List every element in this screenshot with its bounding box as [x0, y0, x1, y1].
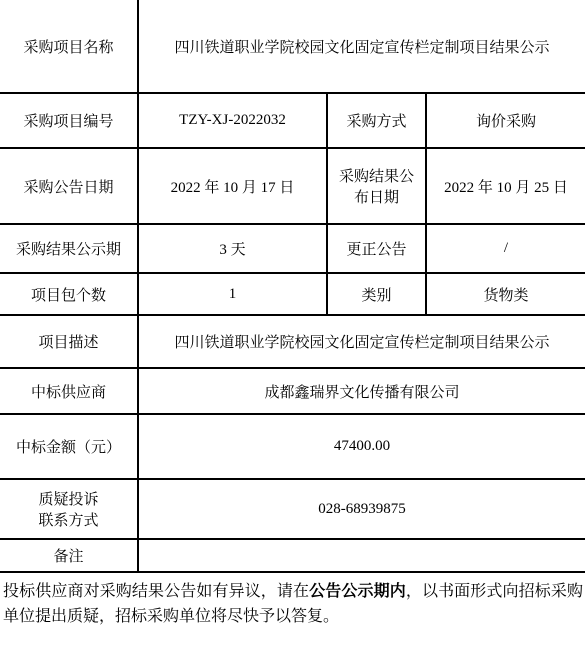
project-number-value: TZY-XJ-2022032 [138, 93, 327, 148]
publicity-period-label: 采购结果公示期 [0, 224, 138, 273]
table-row: 备注 [0, 539, 585, 572]
package-count-label: 项目包个数 [0, 273, 138, 315]
table-row: 项目包个数 1 类别 货物类 [0, 273, 585, 315]
table-row: 中标金额（元） 47400.00 [0, 414, 585, 479]
winning-amount-label: 中标金额（元） [0, 414, 138, 479]
winning-amount-value: 47400.00 [138, 414, 585, 479]
winning-supplier-label: 中标供应商 [0, 368, 138, 414]
category-label: 类别 [327, 273, 426, 315]
table-row: 项目描述 四川铁道职业学院校园文化固定宣传栏定制项目结果公示 [0, 315, 585, 368]
table-row: 采购项目编号 TZY-XJ-2022032 采购方式 询价采购 [0, 93, 585, 148]
table-row: 质疑投诉 联系方式 028-68939875 [0, 479, 585, 539]
publicity-period-value: 3 天 [138, 224, 327, 273]
category-value: 货物类 [426, 273, 585, 315]
announcement-date-value: 2022 年 10 月 17 日 [138, 148, 327, 224]
package-count-value: 1 [138, 273, 327, 315]
project-name-value: 四川铁道职业学院校园文化固定宣传栏定制项目结果公示 [138, 0, 585, 93]
footer-bold-phrase: 公告公示期内 [309, 583, 406, 600]
footer-note: 投标供应商对采购结果公告如有异议，请在公告公示期内，以书面形式向招标采购单位提出… [0, 573, 585, 629]
remarks-value [138, 539, 585, 572]
remarks-label: 备注 [0, 539, 138, 572]
table-row: 采购公告日期 2022 年 10 月 17 日 采购结果公 布日期 2022 年… [0, 148, 585, 224]
table-row: 中标供应商 成都鑫瑞界文化传播有限公司 [0, 368, 585, 414]
correction-notice-value: / [426, 224, 585, 273]
complaint-contact-label: 质疑投诉 联系方式 [0, 479, 138, 539]
announcement-date-label: 采购公告日期 [0, 148, 138, 224]
project-number-label: 采购项目编号 [0, 93, 138, 148]
purchase-method-value: 询价采购 [426, 93, 585, 148]
project-description-label: 项目描述 [0, 315, 138, 368]
footer-text-prefix: 投标供应商对采购结果公告如有异议，请在 [3, 583, 309, 600]
result-publish-date-value: 2022 年 10 月 25 日 [426, 148, 585, 224]
procurement-result-page: 采购项目名称 四川铁道职业学院校园文化固定宣传栏定制项目结果公示 采购项目编号 … [0, 0, 585, 663]
procurement-result-table: 采购项目名称 四川铁道职业学院校园文化固定宣传栏定制项目结果公示 采购项目编号 … [0, 0, 585, 573]
project-description-value: 四川铁道职业学院校园文化固定宣传栏定制项目结果公示 [138, 315, 585, 368]
result-publish-date-label: 采购结果公 布日期 [327, 148, 426, 224]
complaint-contact-value: 028-68939875 [138, 479, 585, 539]
table-row: 采购项目名称 四川铁道职业学院校园文化固定宣传栏定制项目结果公示 [0, 0, 585, 93]
table-row: 采购结果公示期 3 天 更正公告 / [0, 224, 585, 273]
winning-supplier-value: 成都鑫瑞界文化传播有限公司 [138, 368, 585, 414]
project-name-label: 采购项目名称 [0, 0, 138, 93]
purchase-method-label: 采购方式 [327, 93, 426, 148]
correction-notice-label: 更正公告 [327, 224, 426, 273]
